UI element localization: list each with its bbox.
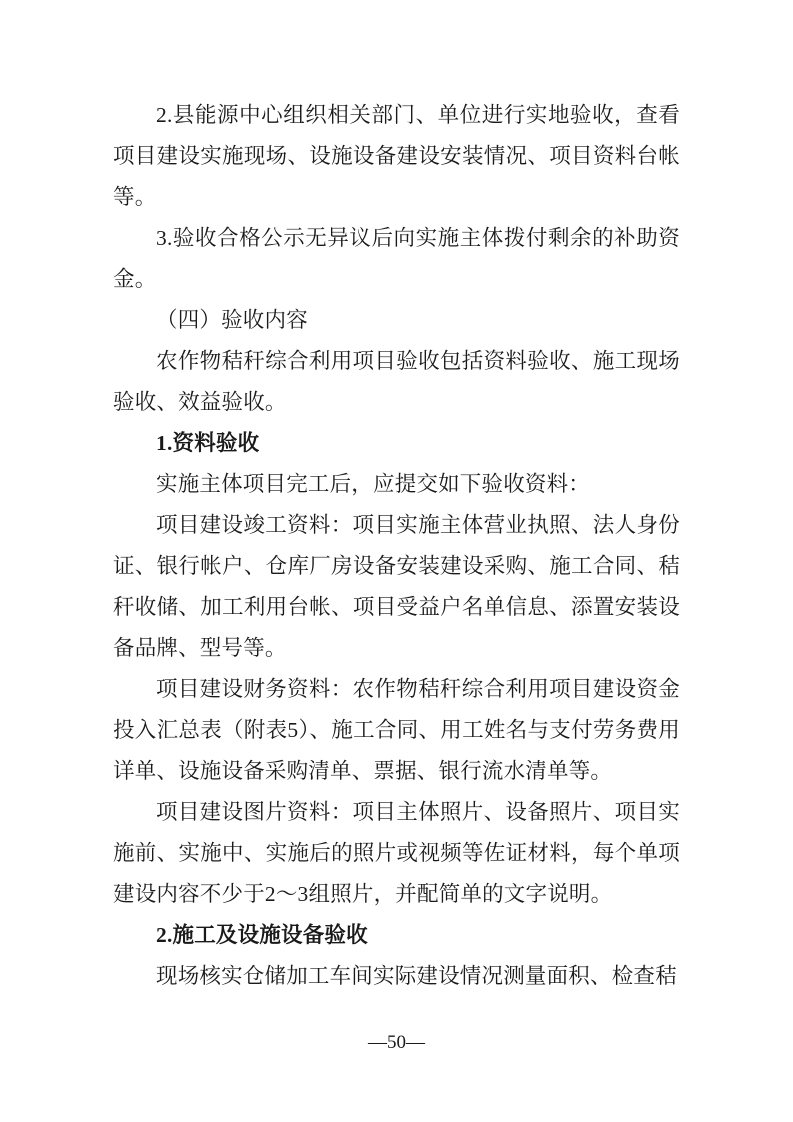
numbered-heading-material-acceptance: 1.资料验收 <box>113 423 680 464</box>
numbered-heading-construction-acceptance: 2.施工及设施设备验收 <box>113 915 680 956</box>
paragraph-submission-intro: 实施主体项目完工后，应提交如下验收资料： <box>113 464 680 505</box>
document-body: 2.县能源中心组织相关部门、单位进行实地验收，查看项目建设实施现场、设施设备建设… <box>113 95 680 997</box>
paragraph-field-acceptance: 2.县能源中心组织相关部门、单位进行实地验收，查看项目建设实施现场、设施设备建设… <box>113 95 680 218</box>
document-page: 2.县能源中心组织相关部门、单位进行实地验收，查看项目建设实施现场、设施设备建设… <box>0 0 793 1122</box>
paragraph-photo-materials: 项目建设图片资料：项目主体照片、设备照片、项目实施前、实施中、实施后的照片或视频… <box>113 792 680 915</box>
section-heading-acceptance-content: （四）验收内容 <box>113 300 680 341</box>
paragraph-financial-materials: 项目建设财务资料：农作物秸秆综合利用项目建设资金投入汇总表（附表5）、施工合同、… <box>113 669 680 792</box>
paragraph-onsite-verification: 现场核实仓储加工车间实际建设情况测量面积、检查秸 <box>113 956 680 997</box>
paragraph-completion-materials: 项目建设竣工资料：项目实施主体营业执照、法人身份证、银行帐户、仓库厂房设备安装建… <box>113 505 680 669</box>
paragraph-subsidy-payment: 3.验收合格公示无异议后向实施主体拨付剩余的补助资金。 <box>113 218 680 300</box>
page-number: —50— <box>0 1022 793 1063</box>
paragraph-acceptance-scope: 农作物秸秆综合利用项目验收包括资料验收、施工现场验收、效益验收。 <box>113 341 680 423</box>
